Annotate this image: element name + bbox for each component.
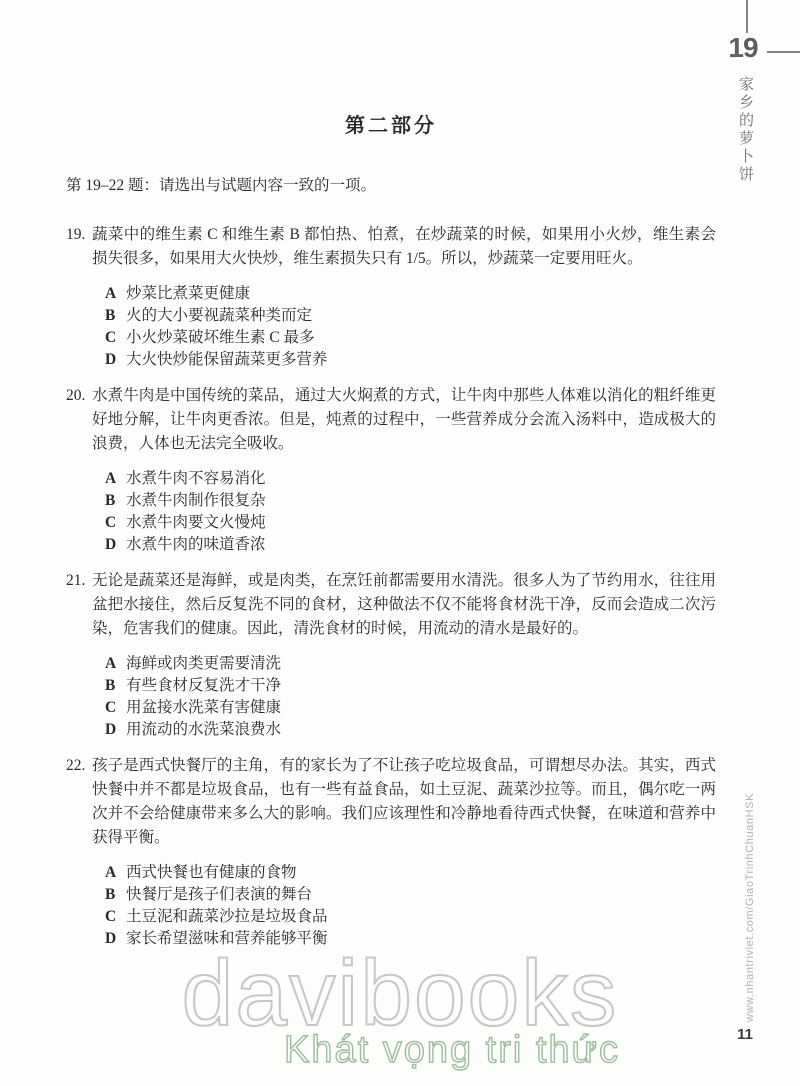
option-letter: C: [105, 906, 126, 928]
option-text: 快餐厅是孩子们表演的舞台: [126, 884, 716, 906]
option-b: B 有些食材反复洗才干净: [105, 675, 716, 697]
corner-horizontal-rule: [767, 51, 800, 53]
option-text: 有些食材反复洗才干净: [126, 675, 716, 697]
option-c: C 用盆接水洗菜有害健康: [105, 697, 716, 719]
question-number: 20.: [66, 384, 92, 556]
option-d: D 水煮牛肉的味道香浓: [105, 534, 716, 556]
option-letter: C: [105, 697, 126, 719]
option-text: 西式快餐也有健康的食物: [126, 862, 716, 884]
option-b: B 火的大小要视蔬菜种类而定: [105, 305, 716, 327]
option-letter: C: [105, 327, 126, 349]
option-text: 水煮牛肉不容易消化: [126, 468, 716, 490]
option-letter: D: [105, 349, 126, 371]
option-letter: A: [105, 862, 126, 884]
option-b: B 水煮牛肉制作很复杂: [105, 490, 716, 512]
option-c: C 土豆泥和蔬菜沙拉是垃圾食品: [105, 906, 716, 928]
option-d: D 家长希望滋味和营养能够平衡: [105, 928, 716, 950]
option-c: C 小火炒菜破坏维生素 C 最多: [105, 327, 716, 349]
option-text: 家长希望滋味和营养能够平衡: [126, 928, 716, 950]
question-passage: 无论是蔬菜还是海鲜，或是肉类，在烹饪前都需要用水清洗。很多人为了节约用水，往往用…: [92, 569, 716, 641]
lesson-number: 19: [722, 33, 764, 63]
question-number: 21.: [66, 569, 92, 741]
options-list: A 西式快餐也有健康的食物 B 快餐厅是孩子们表演的舞台 C 土豆泥和蔬菜沙拉是…: [105, 862, 716, 950]
part-title: 第二部分: [66, 114, 716, 138]
option-a: A 西式快餐也有健康的食物: [105, 862, 716, 884]
options-list: A 炒菜比煮菜更健康 B 火的大小要视蔬菜种类而定 C 小火炒菜破坏维生素 C …: [105, 283, 716, 371]
option-letter: B: [105, 675, 126, 697]
option-letter: D: [105, 928, 126, 950]
option-letter: C: [105, 512, 126, 534]
option-text: 水煮牛肉要文火慢炖: [126, 512, 716, 534]
option-text: 大火快炒能保留蔬菜更多营养: [126, 349, 716, 371]
book-page: 19 家乡的萝卜饼 davibooks Khát vọng tri thức 第…: [0, 0, 800, 1086]
option-text: 海鲜或肉类更需要清洗: [126, 653, 716, 675]
option-letter: B: [105, 305, 126, 327]
option-a: A 炒菜比煮菜更健康: [105, 283, 716, 305]
option-d: D 大火快炒能保留蔬菜更多营养: [105, 349, 716, 371]
option-letter: A: [105, 283, 126, 305]
option-a: A 海鲜或肉类更需要清洗: [105, 653, 716, 675]
question-number: 19.: [66, 223, 92, 371]
option-d: D 用流动的水洗菜浪费水: [105, 719, 716, 741]
question-passage: 蔬菜中的维生素 C 和维生素 B 都怕热、怕煮，在炒蔬菜的时候，如果用小火炒，维…: [92, 223, 716, 271]
option-text: 炒菜比煮菜更健康: [126, 283, 716, 305]
question-19: 19. 蔬菜中的维生素 C 和维生素 B 都怕热、怕煮，在炒蔬菜的时候，如果用小…: [66, 223, 716, 371]
option-text: 水煮牛肉的味道香浓: [126, 534, 716, 556]
watermark-slogan: Khát vọng tri thức: [284, 1030, 620, 1070]
corner-vertical-rule: [746, 0, 748, 33]
option-letter: A: [105, 468, 126, 490]
question-passage: 孩子是西式快餐厅的主角，有的家长为了不让孩子吃垃圾食品，可谓想尽办法。其实，西式…: [92, 754, 716, 850]
question-passage: 水煮牛肉是中国传统的菜品，通过大火焖煮的方式，让牛肉中那些人体难以消化的粗纤维更…: [92, 384, 716, 456]
option-letter: D: [105, 719, 126, 741]
option-b: B 快餐厅是孩子们表演的舞台: [105, 884, 716, 906]
option-text: 火的大小要视蔬菜种类而定: [126, 305, 716, 327]
option-text: 小火炒菜破坏维生素 C 最多: [126, 327, 716, 349]
option-a: A 水煮牛肉不容易消化: [105, 468, 716, 490]
question-20: 20. 水煮牛肉是中国传统的菜品，通过大火焖煮的方式，让牛肉中那些人体难以消化的…: [66, 384, 716, 556]
question-22: 22. 孩子是西式快餐厅的主角，有的家长为了不让孩子吃垃圾食品，可谓想尽办法。其…: [66, 754, 716, 950]
option-letter: D: [105, 534, 126, 556]
section-instruction: 第 19–22 题：请选出与试题内容一致的一项。: [66, 174, 716, 198]
options-list: A 水煮牛肉不容易消化 B 水煮牛肉制作很复杂 C 水煮牛肉要文火慢炖 D 水煮…: [105, 468, 716, 556]
option-letter: B: [105, 884, 126, 906]
question-number: 22.: [66, 754, 92, 950]
lesson-title-vertical: 家乡的萝卜饼: [735, 76, 756, 184]
options-list: A 海鲜或肉类更需要清洗 B 有些食材反复洗才干净 C 用盆接水洗菜有害健康 D…: [105, 653, 716, 741]
option-letter: A: [105, 653, 126, 675]
option-text: 用流动的水洗菜浪费水: [126, 719, 716, 741]
option-text: 土豆泥和蔬菜沙拉是垃圾食品: [126, 906, 716, 928]
option-c: C 水煮牛肉要文火慢炖: [105, 512, 716, 534]
option-letter: B: [105, 490, 126, 512]
question-21: 21. 无论是蔬菜还是海鲜，或是肉类，在烹饪前都需要用水清洗。很多人为了节约用水…: [66, 569, 716, 741]
option-text: 水煮牛肉制作很复杂: [126, 490, 716, 512]
content-area: 第二部分 第 19–22 题：请选出与试题内容一致的一项。 19. 蔬菜中的维生…: [66, 114, 716, 963]
option-text: 用盆接水洗菜有害健康: [126, 697, 716, 719]
